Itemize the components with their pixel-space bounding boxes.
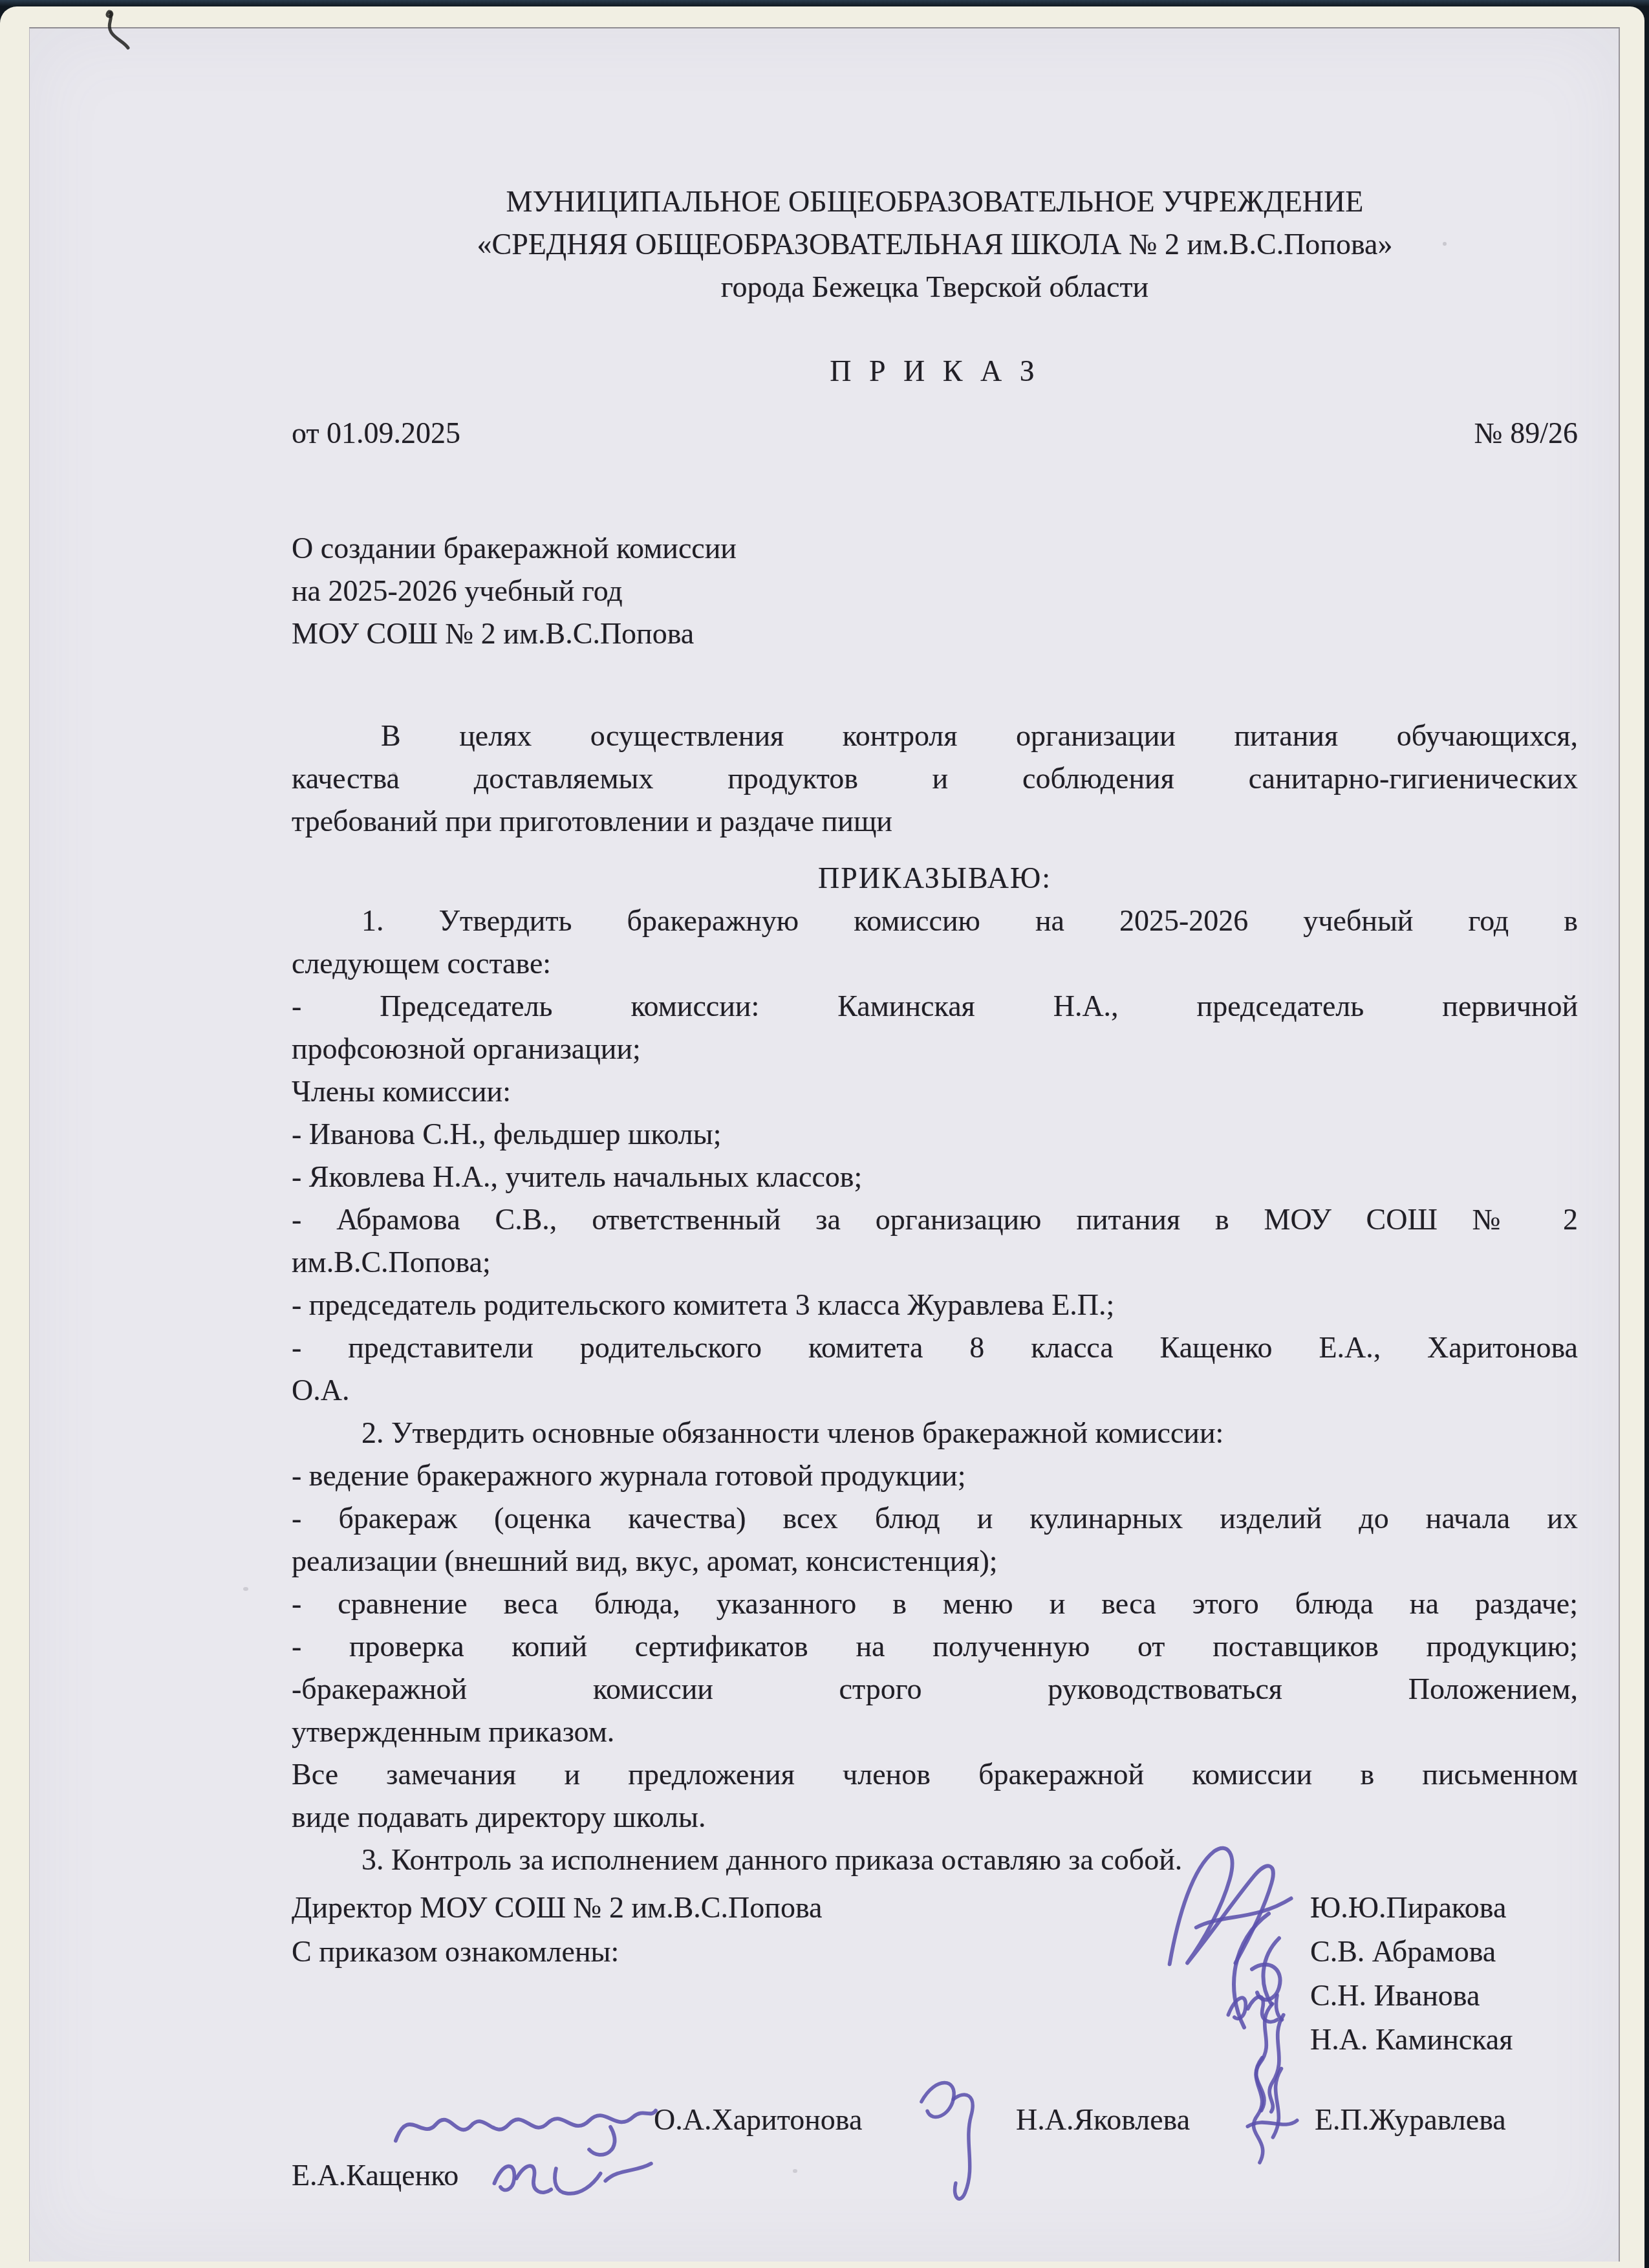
signature-kashchenko xyxy=(486,2144,663,2212)
preamble-line: качества доставляемых продуктов и соблюд… xyxy=(292,757,1578,800)
ack-signature-row-last: Е.А.Кащенко xyxy=(292,2149,1578,2201)
order-body-line: утвержденным приказом. xyxy=(292,1711,1578,1753)
order-body: 1. Утвердить бракеражную комиссию на 202… xyxy=(292,900,1578,1881)
order-body-line: -бракеражной комиссии строго руководство… xyxy=(292,1668,1578,1711)
ack-signature-row-multi: О.А.Харитонова Н.А.Яковлева Е.П.Журавлев… xyxy=(292,2088,1578,2153)
preamble-line: В целях осуществления контроля организац… xyxy=(292,715,1578,757)
order-body-line: Члены комиссии: xyxy=(292,1070,1578,1113)
ack-name: Н.А. Каминская xyxy=(1310,2018,1513,2061)
ack-name: С.В. Абрамова xyxy=(1310,1930,1496,1973)
order-body-line: реализации (внешний вид, вкус, аромат, к… xyxy=(292,1540,1578,1582)
order-body-line: - ведение бракеражного журнала готовой п… xyxy=(292,1454,1578,1497)
order-subject: О создании бракеражной комиссии на 2025-… xyxy=(292,527,1578,655)
director-name: Ю.Ю.Пиракова xyxy=(1310,1886,1506,1929)
subject-line: О создании бракеражной комиссии xyxy=(292,527,1578,570)
org-name-line-1: МУНИЦИПАЛЬНОЕ ОБЩЕОБРАЗОВАТЕЛЬНОЕ УЧРЕЖД… xyxy=(292,180,1578,223)
order-meta-row: от 01.09.2025 № 89/26 xyxy=(292,412,1578,455)
order-body-line: следующем составе: xyxy=(292,942,1578,985)
order-preamble: В целях осуществления контроля организац… xyxy=(292,715,1578,843)
org-location-line: города Бежецка Тверской области xyxy=(292,266,1578,308)
order-body-line: 1. Утвердить бракеражную комиссию на 202… xyxy=(292,900,1578,942)
order-body-line: профсоюзной организации; xyxy=(292,1028,1578,1070)
order-body-line: - представители родительского комитета 8… xyxy=(292,1326,1578,1369)
document-type-title: П Р И К А З xyxy=(292,350,1578,393)
order-body-line: - сравнение веса блюда, указанного в мен… xyxy=(292,1582,1578,1625)
subject-line: на 2025-2026 учебный год xyxy=(292,570,1578,612)
order-body-line: - председатель родительского комитета 3 … xyxy=(292,1284,1578,1326)
ack-label: С приказом ознакомлены: xyxy=(292,1930,619,1973)
ack-name: Е.П.Журавлева xyxy=(1315,2099,1506,2141)
order-number: № 89/26 xyxy=(1474,412,1578,455)
org-name-line-2: «СРЕДНЯЯ ОБЩЕОБРАЗОВАТЕЛЬНАЯ ШКОЛА № 2 и… xyxy=(292,223,1578,266)
director-signature-row: Директор МОУ СОШ № 2 им.В.С.Попова Ю.Ю.П… xyxy=(292,1886,1578,1930)
order-body-line: О.А. xyxy=(292,1369,1578,1412)
resolve-word: ПРИКАЗЫВАЮ: xyxy=(292,857,1578,900)
order-body-line: виде подавать директору школы. xyxy=(292,1796,1578,1839)
order-body-line: - Иванова С.Н., фельдшер школы; xyxy=(292,1113,1578,1156)
order-body-line: им.В.С.Попова; xyxy=(292,1241,1578,1284)
ack-name: Н.А.Яковлева xyxy=(1016,2099,1190,2141)
paper-sheet: МУНИЦИПАЛЬНОЕ ОБЩЕОБРАЗОВАТЕЛЬНОЕ УЧРЕЖД… xyxy=(29,27,1620,2262)
director-label: Директор МОУ СОШ № 2 им.В.С.Попова xyxy=(292,1886,822,1929)
scanned-page: МУНИЦИПАЛЬНОЕ ОБЩЕОБРАЗОВАТЕЛЬНОЕ УЧРЕЖД… xyxy=(0,0,1649,2268)
order-date: от 01.09.2025 xyxy=(292,412,460,455)
order-body-line: - Яковлева Н.А., учитель начальных класс… xyxy=(292,1156,1578,1198)
order-body-line: - Председатель комиссии: Каминская Н.А.,… xyxy=(292,985,1578,1028)
ack-signature-row: С.Н. Иванова xyxy=(292,1974,1578,2018)
document-content: МУНИЦИПАЛЬНОЕ ОБЩЕОБРАЗОВАТЕЛЬНОЕ УЧРЕЖД… xyxy=(30,28,1619,2262)
order-body-line: - Абрамова С.В., ответственный за органи… xyxy=(292,1198,1578,1241)
preamble-line: требований при приготовлении и раздаче п… xyxy=(292,800,1578,843)
ack-name: О.А.Харитонова xyxy=(654,2099,862,2141)
order-body-line: - бракераж (оценка качества) всех блюд и… xyxy=(292,1497,1578,1540)
subject-line: МОУ СОШ № 2 им.В.С.Попова xyxy=(292,612,1578,655)
order-body-line: 2. Утвердить основные обязанности членов… xyxy=(292,1412,1578,1454)
ack-signature-row: Н.А. Каминская xyxy=(292,2018,1578,2062)
ack-signature-row: С приказом ознакомлены: С.В. Абрамова xyxy=(292,1930,1578,1974)
order-body-line: 3. Контроль за исполнением данного прика… xyxy=(292,1839,1578,1881)
ack-name: С.Н. Иванова xyxy=(1310,1974,1480,2017)
ack-name: Е.А.Кащенко xyxy=(292,2154,458,2197)
order-body-line: Все замечания и предложения членов браке… xyxy=(292,1753,1578,1796)
order-body-line: - проверка копий сертификатов на получен… xyxy=(292,1625,1578,1668)
